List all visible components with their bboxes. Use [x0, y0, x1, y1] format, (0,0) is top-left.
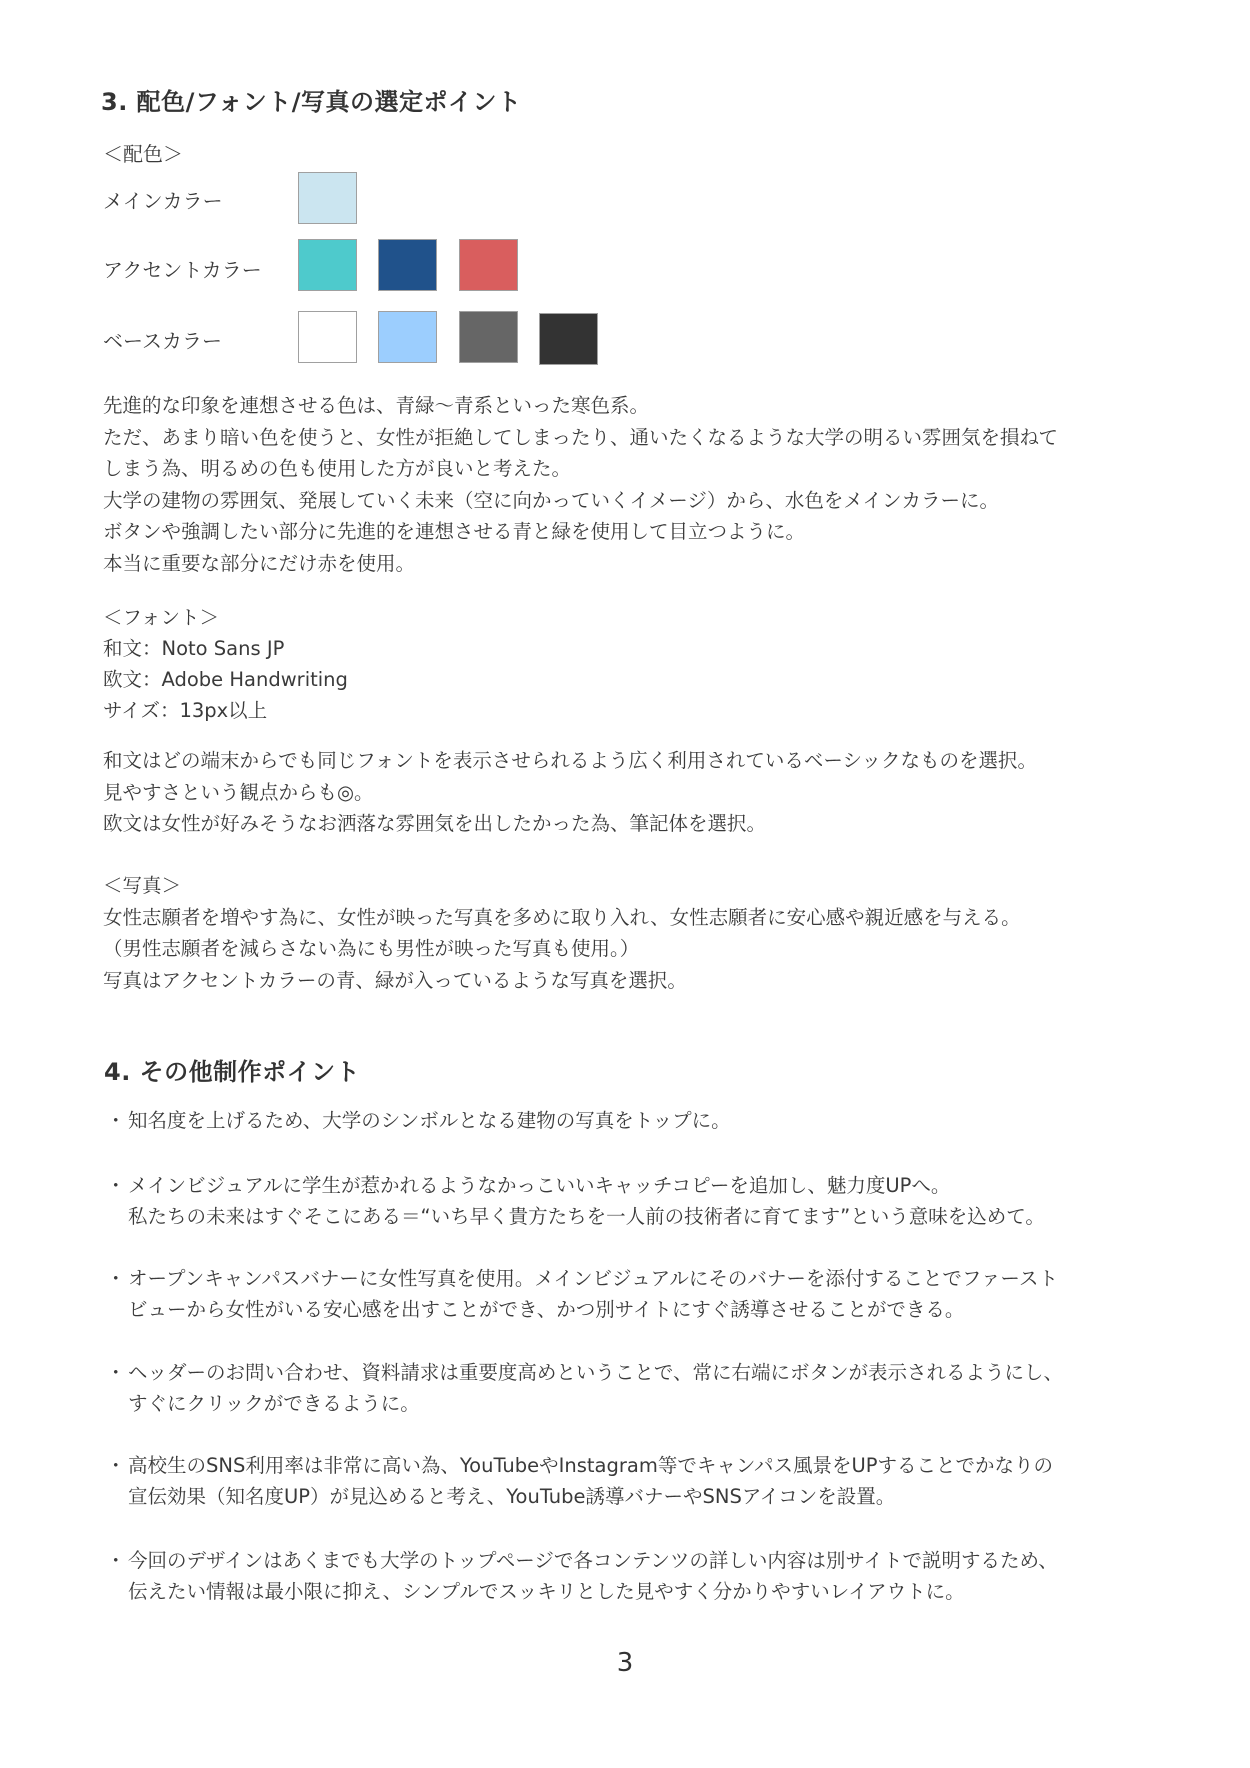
bullet-text: メインビジュアルに学生が惹かれるようなかっこいいキャッチコピーを追加し、魅力度U… [128, 1174, 950, 1197]
bullet-dot: ・ [106, 1450, 128, 1481]
bullet-text-continued: 私たちの未来はすぐそこにある＝“いち早く貴方たちを一人前の技術者に育てます”とい… [106, 1201, 1045, 1232]
text-line: 女性志願者を増やす為に、女性が映った写真を多めに取り入れ、女性志願者に安心感や親… [103, 902, 1021, 934]
accent-color-swatch-3 [459, 239, 518, 291]
accent-color-label: アクセントカラー [103, 254, 262, 283]
fonts-description: 和文はどの端末からでも同じフォントを表示させられるよう広く利用されているベーシッ… [103, 745, 1037, 840]
main-color-label: メインカラー [103, 185, 223, 214]
photos-block: ＜写真＞ 女性志願者を増やす為に、女性が映った写真を多めに取り入れ、女性志願者に… [103, 870, 1021, 996]
bullet-text-continued: 伝えたい情報は最小限に抑え、シンプルでスッキリとした見やすく分かりやすいレイアウ… [106, 1576, 1058, 1607]
base-color-swatch-3 [459, 311, 518, 363]
bullet-dot: ・ [106, 1545, 128, 1576]
bullet-item-3: ・オープンキャンパスバナーに女性写真を使用。メインビジュアルにそのバナーを添付す… [106, 1263, 1058, 1325]
bullet-item-1: ・知名度を上げるため、大学のシンボルとなる建物の写真をトップに。 [106, 1105, 731, 1136]
font-spec-size: サイズ：13px以上 [103, 695, 348, 726]
text-line: （男性志願者を減らさない為にも男性が映った写真も使用。） [103, 933, 1021, 965]
base-color-swatch-1 [298, 311, 357, 363]
text-line: 先進的な印象を連想させる色は、青緑〜青系といった寒色系。 [103, 390, 1058, 422]
base-color-swatch-4 [539, 313, 598, 365]
base-color-label: ベースカラー [103, 325, 222, 354]
bullet-item-5: ・高校生のSNS利用率は非常に高い為、YouTubeやInstagram等でキャ… [106, 1450, 1053, 1512]
text-line: しまう為、明るめの色も使用した方が良いと考えた。 [103, 453, 1058, 485]
bullet-item-6: ・今回のデザインはあくまでも大学のトップページで各コンテンツの詳しい内容は別サイ… [106, 1545, 1058, 1607]
text-line: 写真はアクセントカラーの青、緑が入っているような写真を選択。 [103, 965, 1021, 997]
colors-heading: ＜配色＞ [103, 138, 183, 167]
base-color-swatch-2 [378, 311, 437, 363]
font-spec-latin: 欧文：Adobe Handwriting [103, 664, 348, 695]
text-line: ただ、あまり暗い色を使うと、女性が拒絶してしまったり、通いたくなるような大学の明… [103, 422, 1058, 454]
bullet-dot: ・ [106, 1263, 128, 1294]
bullet-text: 今回のデザインはあくまでも大学のトップページで各コンテンツの詳しい内容は別サイト… [128, 1549, 1058, 1572]
font-spec-japanese: 和文：Noto Sans JP [103, 633, 348, 664]
bullet-item-2: ・メインビジュアルに学生が惹かれるようなかっこいいキャッチコピーを追加し、魅力度… [106, 1170, 1045, 1232]
text-line: 見やすさという観点からも◎。 [103, 777, 1037, 809]
text-line: 大学の建物の雰囲気、発展していく未来（空に向かっていくイメージ）から、水色をメイ… [103, 485, 1058, 517]
bullet-dot: ・ [106, 1357, 128, 1388]
section-3-title: 3. 配色/フォント/写真の選定ポイント [101, 82, 522, 117]
bullet-text-continued: すぐにクリックができるように。 [106, 1388, 1063, 1419]
bullet-text: ヘッダーのお問い合わせ、資料請求は重要度高めということで、常に右端にボタンが表示… [128, 1361, 1063, 1384]
fonts-block: ＜フォント＞ 和文：Noto Sans JP 欧文：Adobe Handwrit… [103, 602, 348, 726]
bullet-item-4: ・ヘッダーのお問い合わせ、資料請求は重要度高めということで、常に右端にボタンが表… [106, 1357, 1063, 1419]
section-4-title: 4. その他制作ポイント [104, 1052, 360, 1087]
text-line: ボタンや強調したい部分に先進的を連想させる青と緑を使用して目立つように。 [103, 516, 1058, 548]
fonts-heading: ＜フォント＞ [103, 602, 348, 633]
bullet-text: オープンキャンパスバナーに女性写真を使用。メインビジュアルにそのバナーを添付する… [128, 1267, 1058, 1290]
photos-heading: ＜写真＞ [103, 870, 1021, 902]
bullet-text: 知名度を上げるため、大学のシンボルとなる建物の写真をトップに。 [128, 1109, 731, 1132]
accent-color-swatch-1 [298, 239, 357, 291]
bullet-text-continued: ビューから女性がいる安心感を出すことができ、かつ別サイトにすぐ誘導させることがで… [106, 1294, 1058, 1325]
page-number: 3 [0, 1648, 1250, 1678]
bullet-dot: ・ [106, 1170, 128, 1201]
bullet-text: 高校生のSNS利用率は非常に高い為、YouTubeやInstagram等でキャン… [128, 1454, 1053, 1477]
text-line: 本当に重要な部分にだけ赤を使用。 [103, 548, 1058, 580]
main-color-swatch-1 [298, 172, 357, 224]
accent-color-swatch-2 [378, 239, 437, 291]
text-line: 和文はどの端末からでも同じフォントを表示させられるよう広く利用されているベーシッ… [103, 745, 1037, 777]
document-page: 3. 配色/フォント/写真の選定ポイント ＜配色＞ メインカラー アクセントカラ… [0, 0, 1250, 1768]
bullet-text-continued: 宣伝効果（知名度UP）が見込めると考え、YouTube誘導バナーやSNSアイコン… [106, 1481, 1053, 1512]
text-line: 欧文は女性が好みそうなお洒落な雰囲気を出したかった為、筆記体を選択。 [103, 808, 1037, 840]
colors-description: 先進的な印象を連想させる色は、青緑〜青系といった寒色系。 ただ、あまり暗い色を使… [103, 390, 1058, 579]
bullet-dot: ・ [106, 1105, 128, 1136]
